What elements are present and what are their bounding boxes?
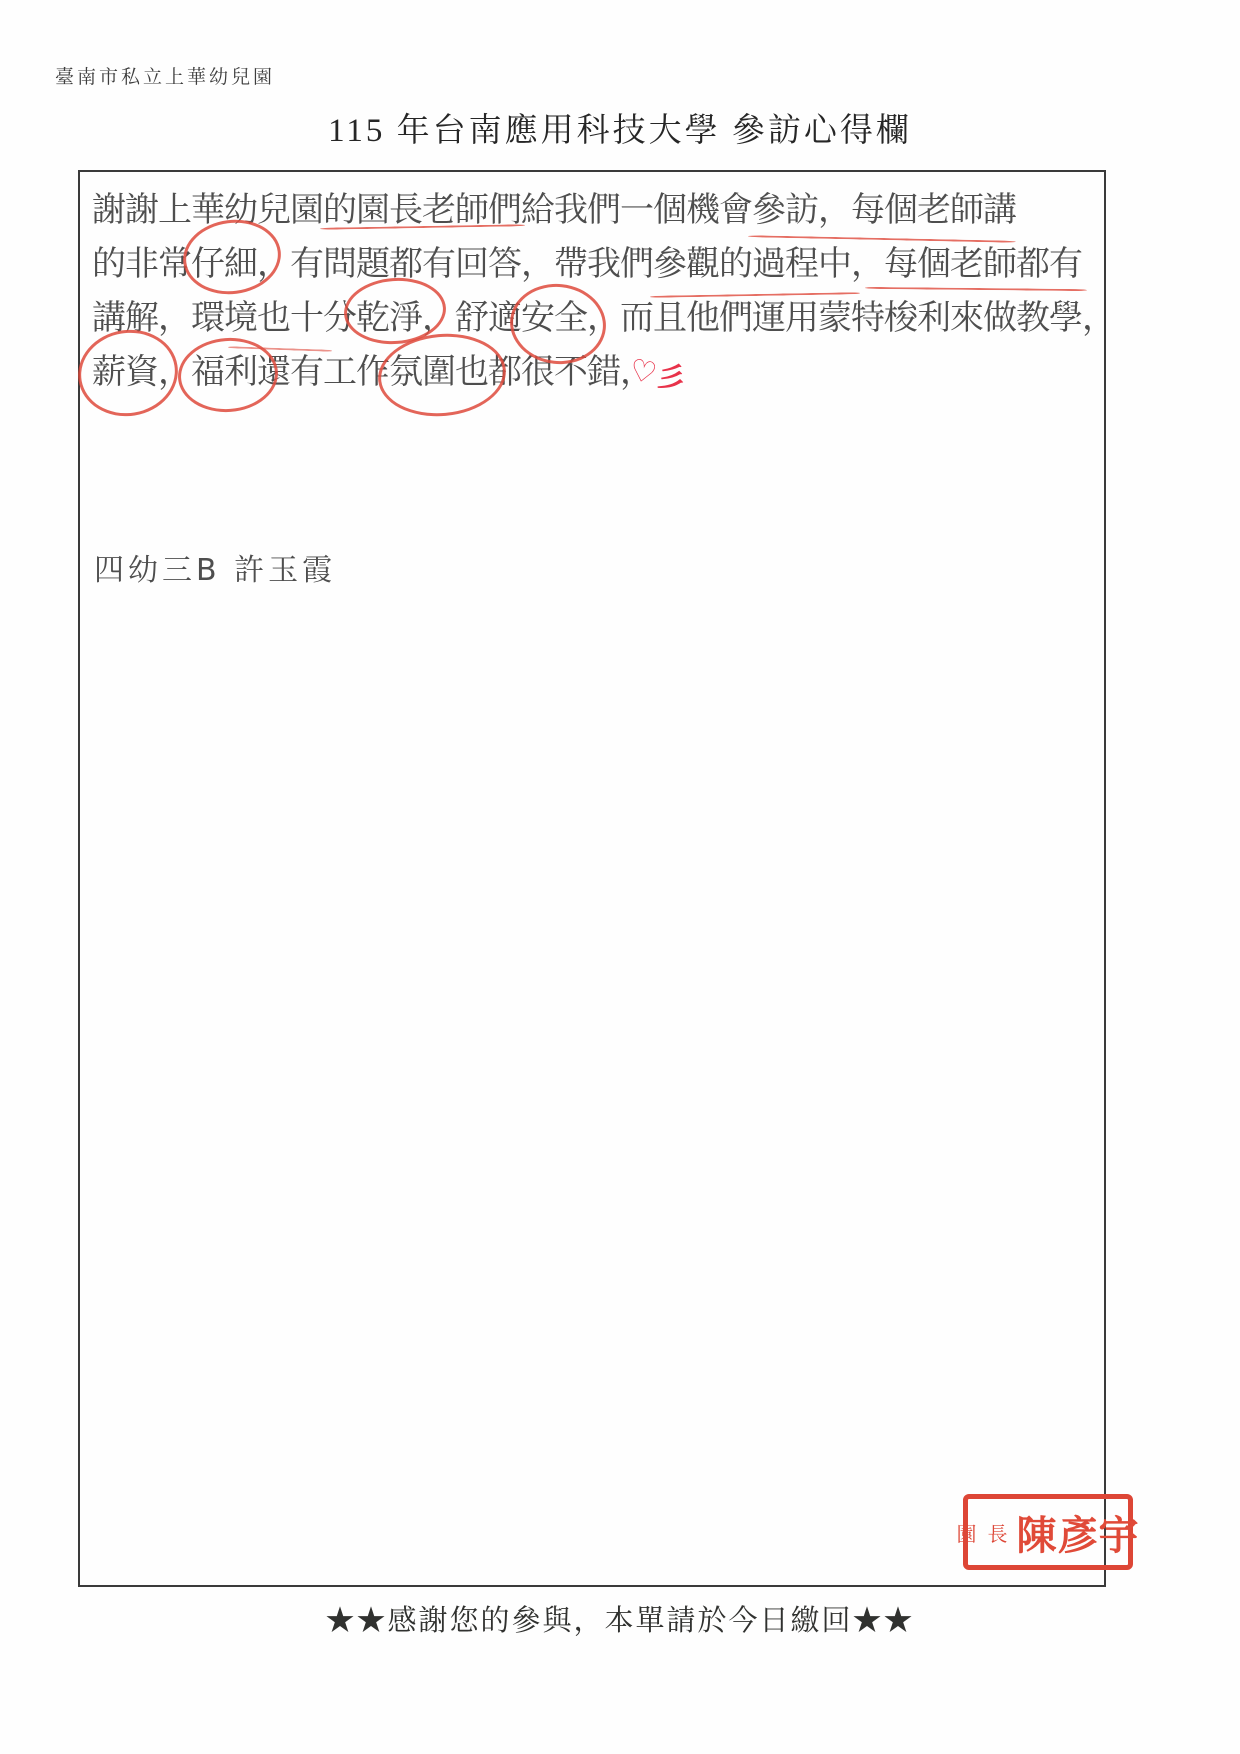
handwritten-line-2: 的非常仔細，有問題都有回答，帶我們參觀的過程中，每個老師都有	[92, 236, 1082, 285]
page-title: 115 年台南應用科技大學 參訪心得欄	[0, 104, 1240, 151]
organization-name: 臺南市私立上華幼兒園	[55, 62, 275, 89]
stamp-director-name: 陳彥宇	[1017, 1504, 1140, 1561]
student-signature: 四幼三B 許玉霞	[94, 545, 336, 589]
handwritten-line-4: 薪資，福利還有工作氛圍也都很不錯，	[92, 344, 653, 393]
handwritten-line-1: 謝謝上華幼兒園的園長老師們給我們一個機會參訪，每個老師講	[92, 182, 1016, 231]
stamp-role-label: 園 長	[957, 1518, 1011, 1547]
handwritten-line-3: 講解，環境也十分乾淨，舒適安全，而且他們運用蒙特梭利來做教學，	[92, 290, 1115, 339]
scanned-feedback-form: 臺南市私立上華幼兒園 115 年台南應用科技大學 參訪心得欄 謝謝上華幼兒園的園…	[0, 0, 1240, 1754]
footer-return-notice: ★★感謝您的參與，本單請於今日繳回★★	[0, 1598, 1240, 1639]
director-stamp: 園 長 陳彥宇	[963, 1494, 1133, 1570]
